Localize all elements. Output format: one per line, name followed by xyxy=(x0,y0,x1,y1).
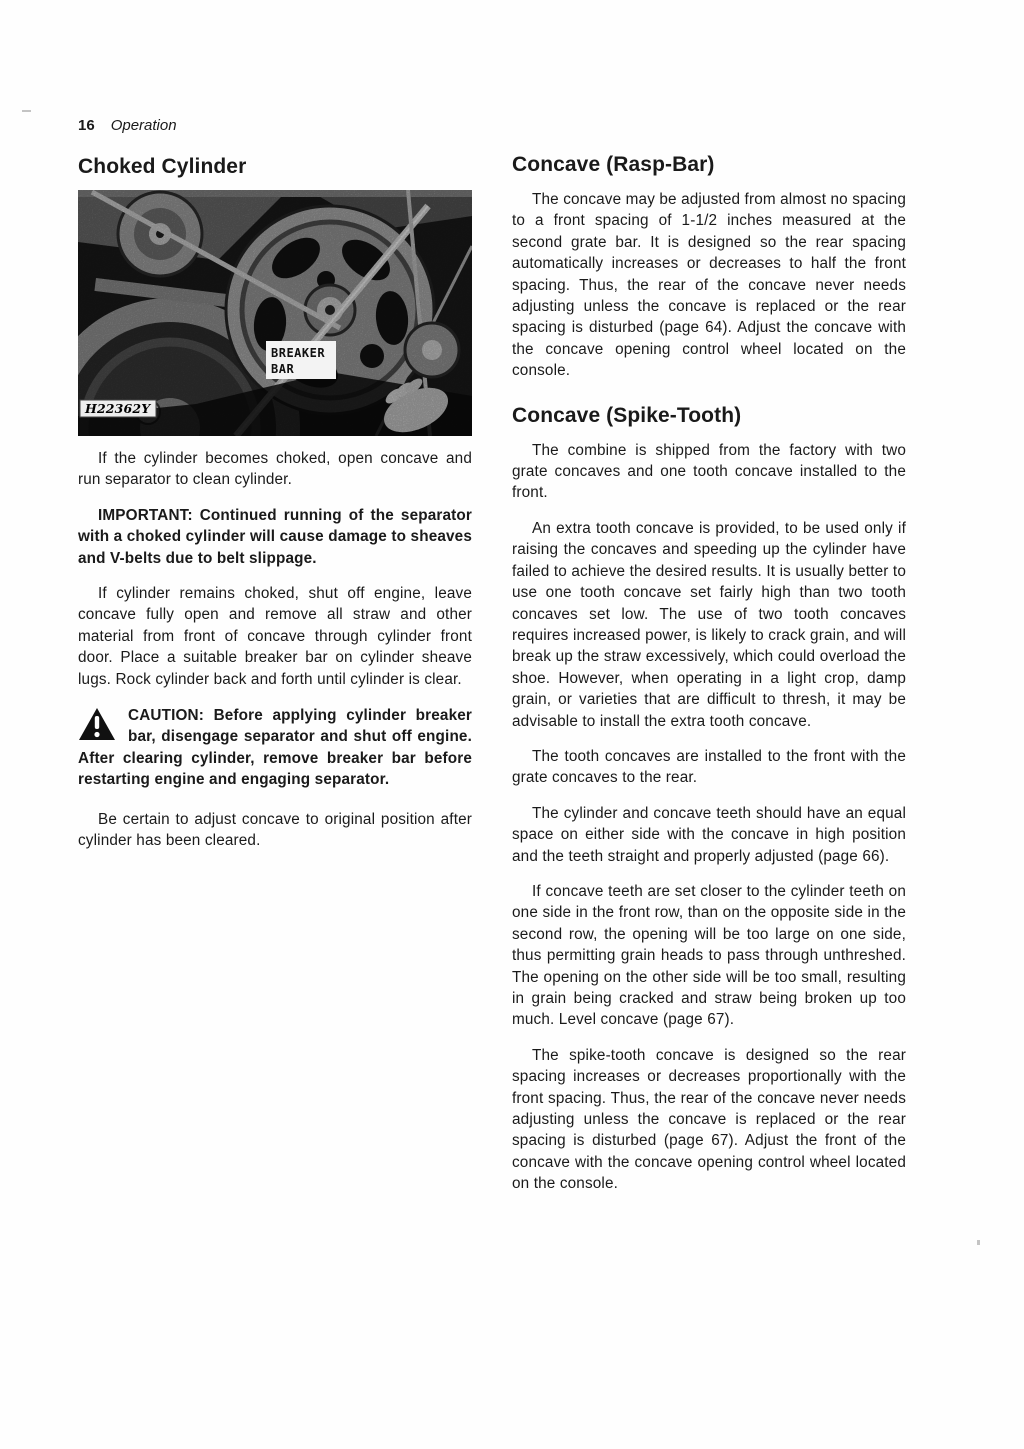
caution-block: CAUTION: Before applying cylinder breake… xyxy=(78,705,472,791)
section-title: Operation xyxy=(111,117,177,134)
choked-cylinder-heading: Choked Cylinder xyxy=(78,155,472,179)
left-column: Choked Cylinder xyxy=(78,155,472,852)
important-notice: IMPORTANT: Continued running of the sepa… xyxy=(78,505,472,569)
scan-artifact xyxy=(977,1240,980,1245)
breaker-bar-label: BREAKER BAR xyxy=(266,341,336,379)
spike-tooth-paragraph-2: An extra tooth concave is provided, to b… xyxy=(512,518,906,732)
spike-tooth-paragraph-3: The tooth concaves are installed to the … xyxy=(512,746,906,789)
photo-id-plate: H22362Y xyxy=(80,400,156,417)
right-column: Concave (Rasp-Bar) The concave may be ad… xyxy=(512,153,906,1195)
manual-page: 16Operation Choked Cylinder xyxy=(0,0,1024,1449)
choked-cylinder-photo: BREAKER BAR H22362Y xyxy=(78,190,472,436)
page-header: 16Operation xyxy=(78,116,177,136)
scan-artifact xyxy=(22,110,31,112)
warning-triangle-icon xyxy=(78,707,116,741)
breaker-bar-label-line2: BAR xyxy=(271,362,294,376)
intro-paragraph: If the cylinder becomes choked, open con… xyxy=(78,448,472,491)
breaker-bar-photo-illustration: BREAKER BAR H22362Y xyxy=(78,190,472,436)
rasp-bar-paragraph: The concave may be adjusted from almost … xyxy=(512,189,906,382)
procedure-paragraph: If cylinder remains choked, shut off eng… xyxy=(78,583,472,690)
caution-notice: CAUTION: Before applying cylinder breake… xyxy=(78,705,472,791)
closing-paragraph: Be certain to adjust concave to original… xyxy=(78,809,472,852)
spike-tooth-paragraph-1: The combine is shipped from the factory … xyxy=(512,440,906,504)
spike-tooth-paragraph-5: If concave teeth are set closer to the c… xyxy=(512,881,906,1031)
spike-tooth-paragraph-6: The spike-tooth concave is designed so t… xyxy=(512,1045,906,1195)
spike-tooth-heading: Concave (Spike-Tooth) xyxy=(512,404,906,428)
breaker-bar-label-line1: BREAKER xyxy=(271,346,325,360)
photo-id-text: H22362Y xyxy=(84,401,151,416)
spike-tooth-paragraph-4: The cylinder and concave teeth should ha… xyxy=(512,803,906,867)
rasp-bar-heading: Concave (Rasp-Bar) xyxy=(512,153,906,177)
page-number: 16 xyxy=(78,117,95,134)
